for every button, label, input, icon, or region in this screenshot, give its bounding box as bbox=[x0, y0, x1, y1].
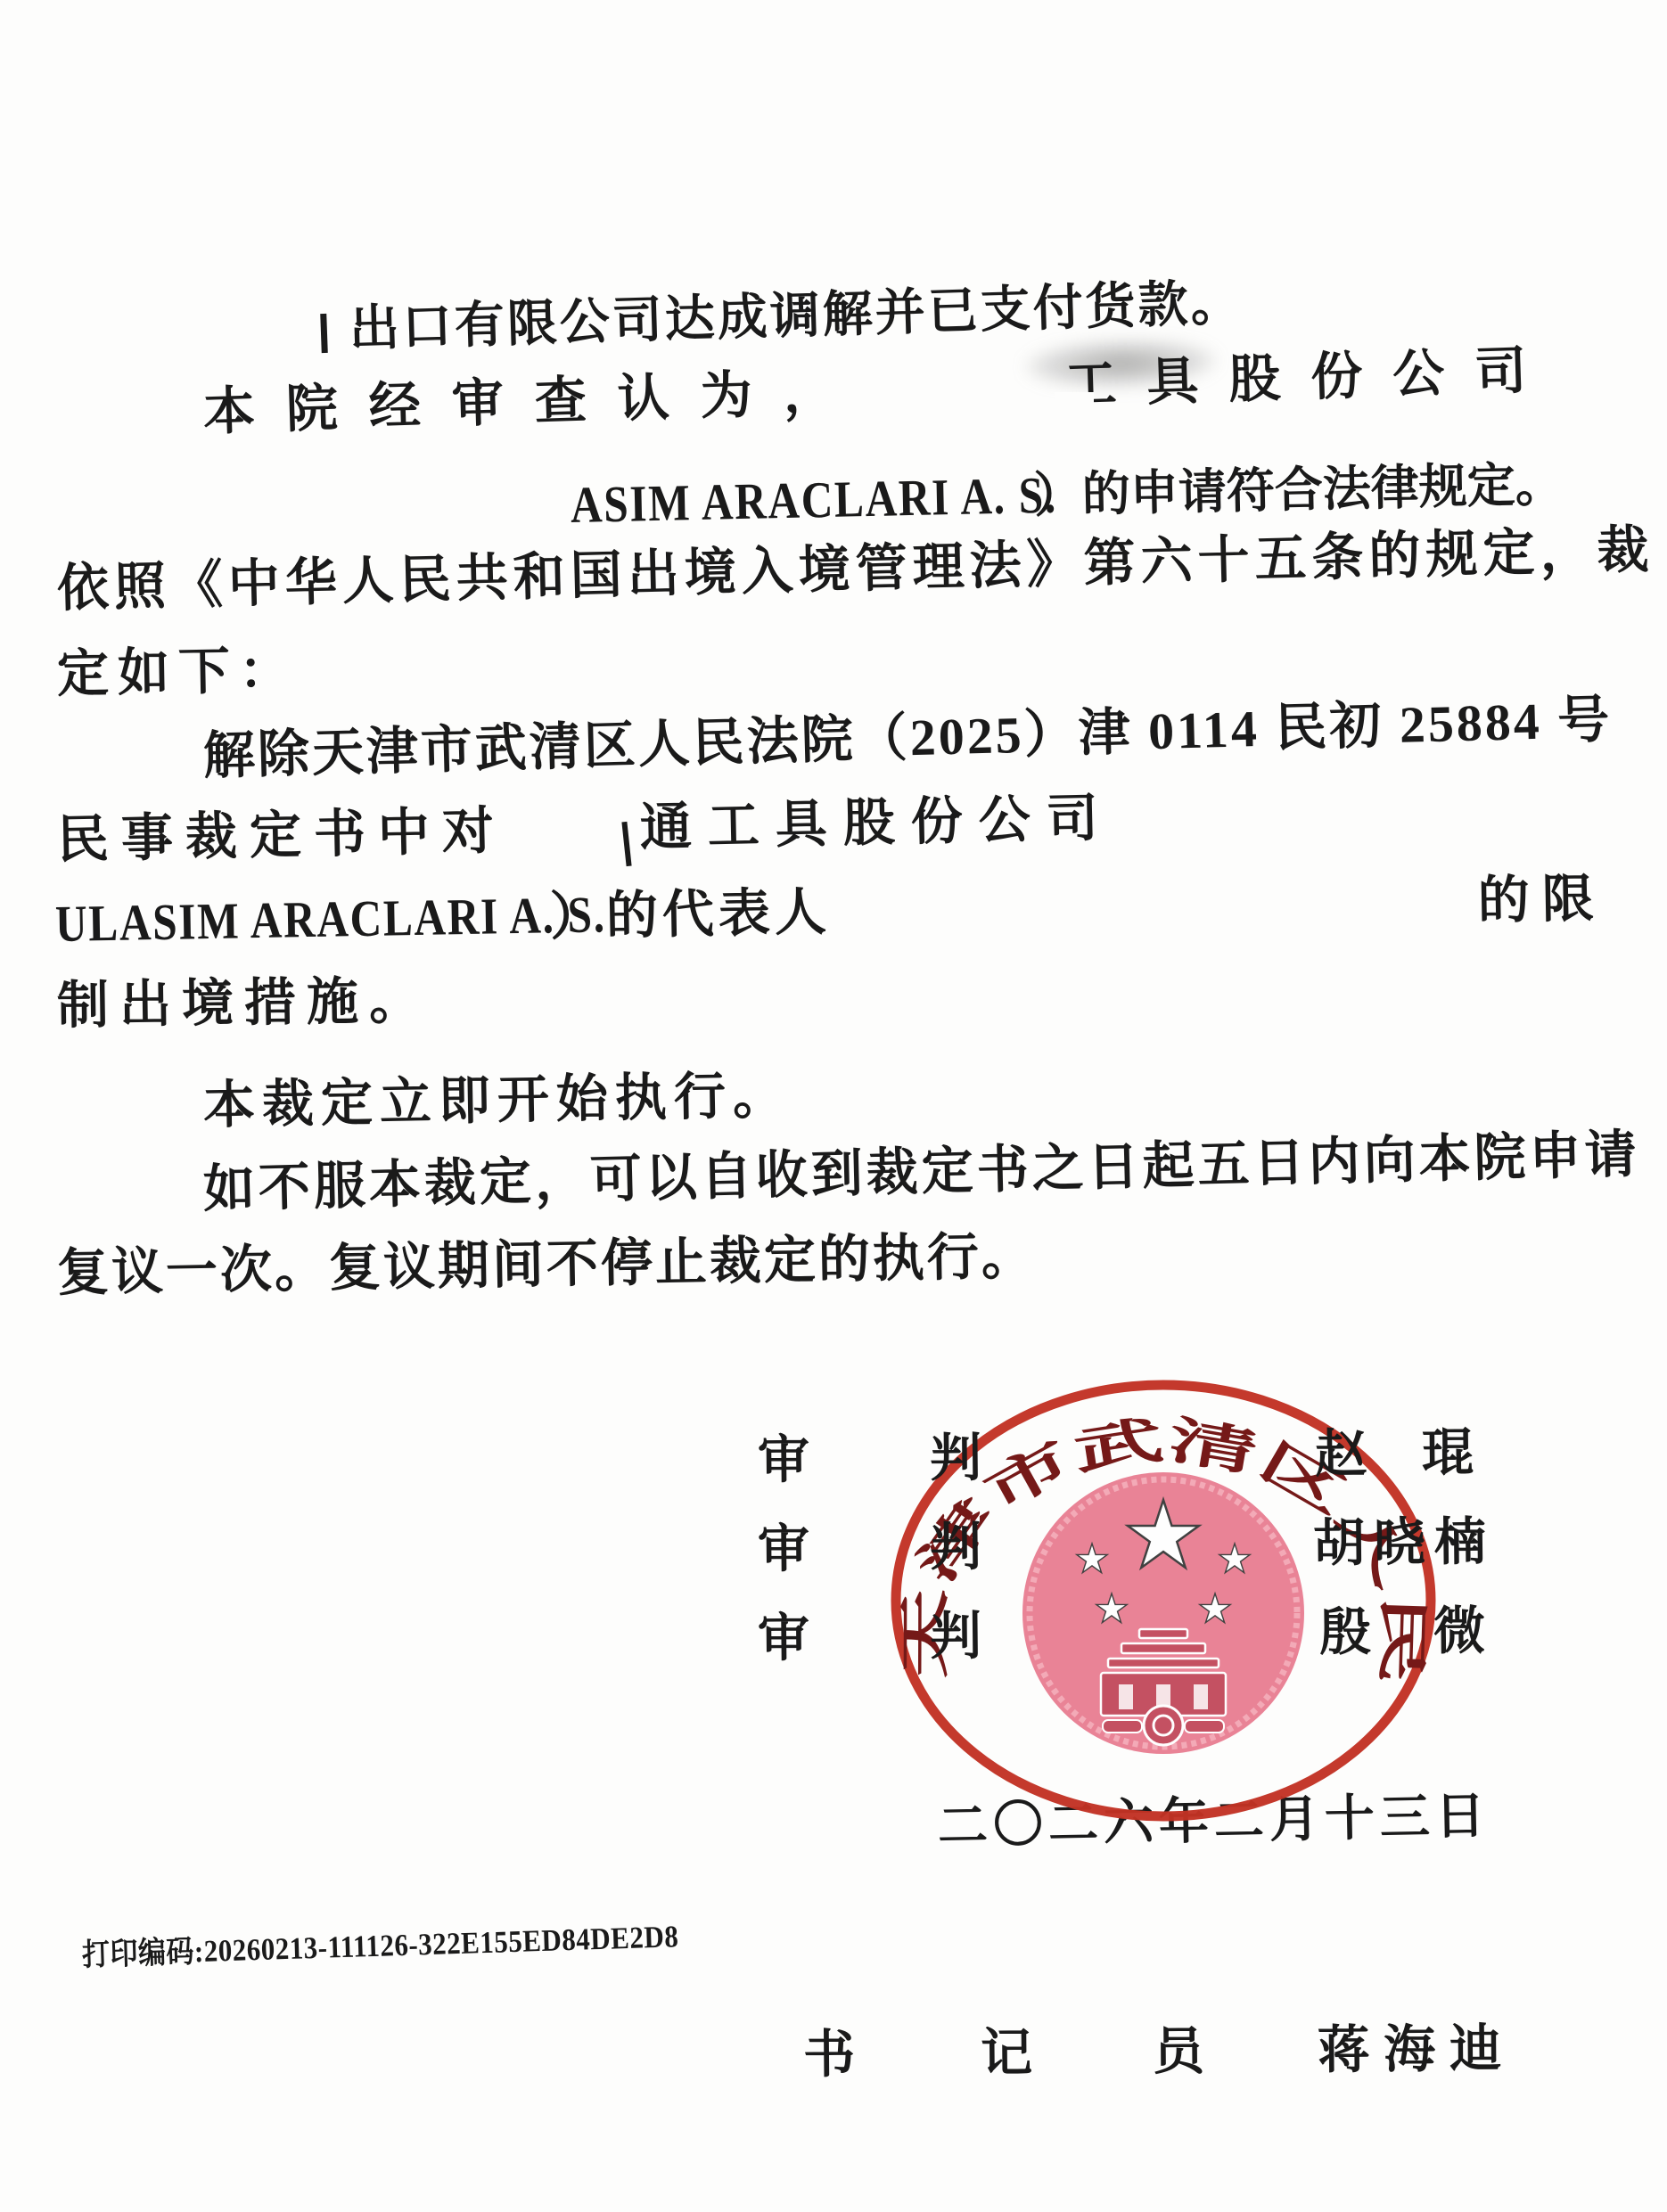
clerk-row: 书 记 员 蒋海迪 bbox=[0, 2005, 1667, 2085]
body-line-10: 本裁定立即开始执行。 bbox=[202, 1066, 792, 1135]
body-line-9: 制出境措施。 bbox=[57, 971, 432, 1036]
body-line-5: 定如下： bbox=[56, 641, 300, 704]
body-line-7-right: 通工具股份公司 bbox=[639, 789, 1114, 858]
court-ruling-scanned-page: 出口有限公司达成调解并已支付货款。 本院经审查认为， 工具股份公司 ASIM A… bbox=[0, 0, 1667, 2212]
judge-label-char-2: 判 bbox=[930, 1415, 982, 1491]
body-line-2: 本院经审查认为， 工具股份公司 bbox=[202, 363, 867, 443]
body-line-8-right: 的限 bbox=[1477, 870, 1606, 931]
body-line-4: 依照《中华人民共和国出境入境管理法》第六十五条的规定，裁 bbox=[56, 520, 1655, 619]
body-line-8-mid: ）的代表人 bbox=[549, 883, 831, 947]
clerk-label-char-3: 员 bbox=[1153, 2009, 1205, 2085]
signature-row-presiding-judge: 审 判 赵琨 bbox=[0, 1408, 1667, 1492]
body-line-3: ASIM ARACLARI A. S. ）的申请符合法律规定。 bbox=[570, 464, 1144, 536]
judge-label-char-2: 判 bbox=[930, 1593, 982, 1669]
body-line-11: 如不服本裁定，可以自收到裁定书之日起五日内向本院申请 bbox=[202, 1126, 1640, 1220]
body-line-12: 复议一次。复议期间不停止裁定的执行。 bbox=[56, 1227, 1036, 1304]
judge-name: 胡晓楠 bbox=[1313, 1499, 1496, 1576]
clerk-label-char-2: 记 bbox=[981, 2011, 1033, 2086]
signature-row-judge-3: 审 判 殷微 bbox=[0, 1586, 1667, 1670]
partial-glyph-mark bbox=[621, 822, 631, 866]
signature-row-judge-2: 审 判 胡晓楠 bbox=[0, 1497, 1667, 1581]
redaction-overlay bbox=[1055, 392, 1094, 451]
print-code: 打印编码:20260213-111126-322E155ED84DE2D8 bbox=[81, 1919, 678, 1973]
judge-label-char-1: 审 bbox=[758, 1595, 810, 1671]
body-line-3-rest: ）的申请符合法律规定。 bbox=[1033, 457, 1564, 524]
judge-name: 赵琨 bbox=[1315, 1410, 1530, 1487]
body-line-8-latin: ULASIM ARACLARI A. S. bbox=[54, 885, 606, 954]
body-line-7: 民事裁定书中对 通工具股份公司 bbox=[56, 801, 506, 870]
body-line-6: 解除天津市武清区人民法院（2025）津 0114 民初 25884 号 bbox=[202, 691, 1613, 787]
body-line-3-latin: ASIM ARACLARI A. S. bbox=[570, 466, 1057, 536]
partial-glyph-mark bbox=[320, 314, 328, 353]
clerk-name: 蒋海迪 bbox=[1318, 2006, 1516, 2083]
judge-label-char-1: 审 bbox=[758, 1506, 810, 1582]
judge-name: 殷微 bbox=[1319, 1588, 1548, 1666]
judge-label-char-1: 审 bbox=[758, 1417, 810, 1493]
judge-label-char-2: 判 bbox=[930, 1504, 982, 1580]
body-line-7-left: 民事裁定书中对 bbox=[56, 801, 506, 869]
clerk-label-char-1: 书 bbox=[803, 2012, 856, 2088]
body-line-8: ULASIM ARACLARI A. S. ）的代表人 的限 bbox=[54, 883, 703, 954]
body-line-2-left: 本院经审查认为， bbox=[202, 363, 867, 441]
